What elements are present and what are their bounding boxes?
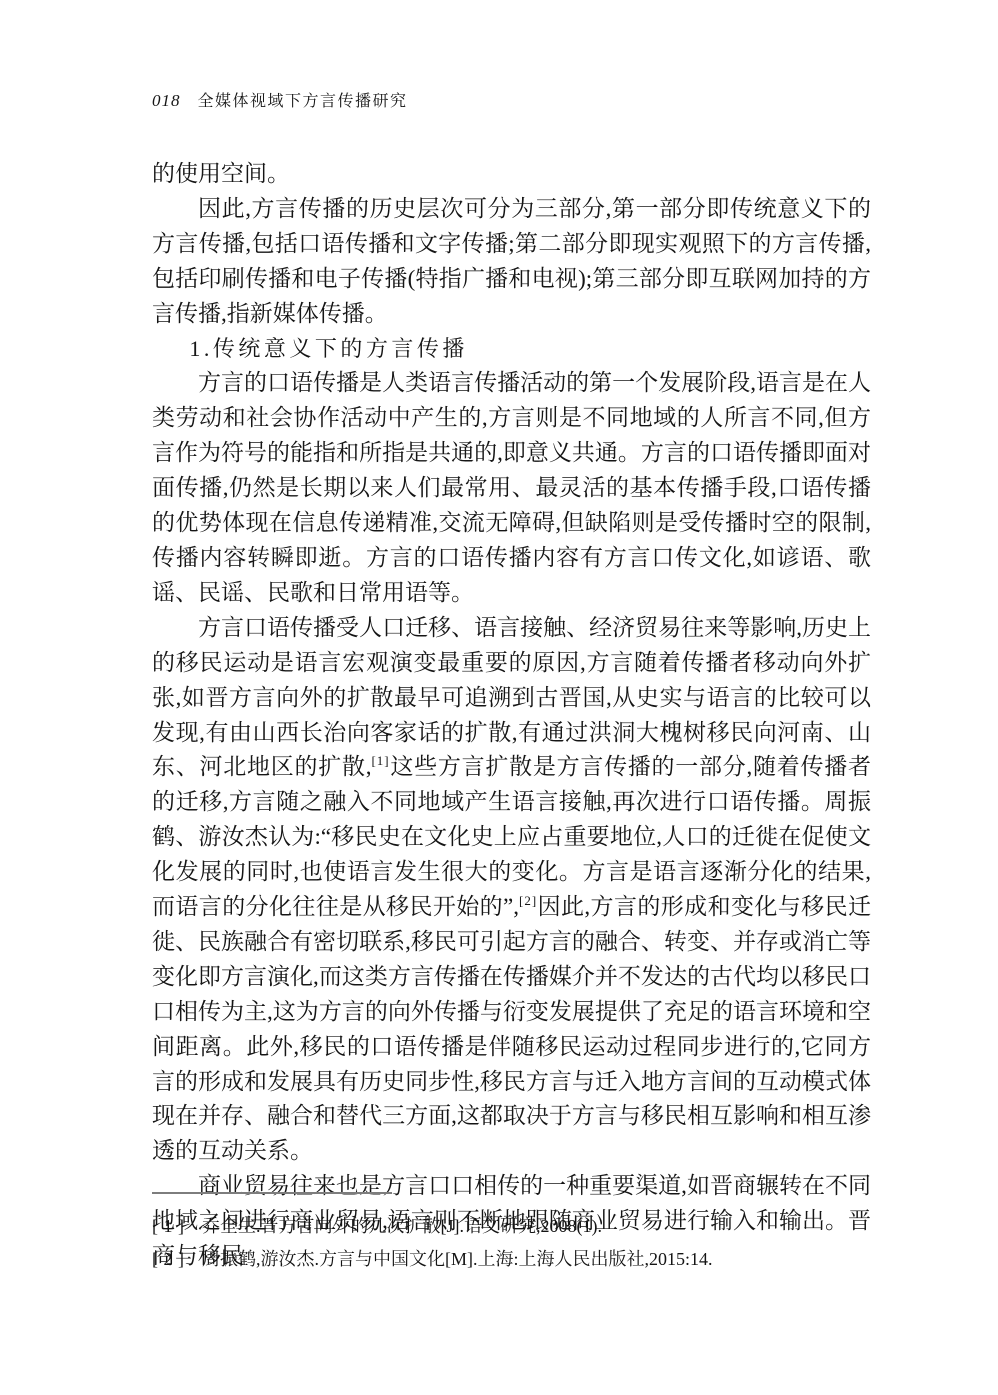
paragraph: 因此,方言传播的历史层次可分为三部分,第一部分即传统意义下的方言传播,包括口语传… [152,192,871,332]
footnote-reference: [2] [519,893,537,908]
body-text: 的使用空间。因此,方言传播的历史层次可分为三部分,第一部分即传统意义下的方言传播… [152,157,871,1274]
footnote-text: 乔全生.晋方言向外的几次扩散[J].语文研究,2008(1). [202,1210,872,1243]
footnote: [ 1 ]乔全生.晋方言向外的几次扩散[J].语文研究,2008(1). [152,1210,872,1243]
page-number: 018 [152,91,181,111]
footnote-separator [152,1192,392,1194]
paragraph: 的使用空间。 [152,157,871,192]
book-page: 018 全媒体视域下方言传播研究 的使用空间。因此,方言传播的历史层次可分为三部… [0,0,998,1395]
footnote-reference: [1] [371,753,389,768]
footnote: [ 2 ]周振鹤,游汝杰.方言与中国文化[M].上海:上海人民出版社,2015:… [152,1243,872,1276]
footnote-marker: [ 1 ] [152,1210,202,1243]
footnote-text: 周振鹤,游汝杰.方言与中国文化[M].上海:上海人民出版社,2015:14. [202,1243,872,1276]
book-title: 全媒体视域下方言传播研究 [198,88,408,111]
section-heading: 1.传统意义下的方言传播 [152,332,871,367]
paragraph: 方言口语传播受人口迁移、语言接触、经济贸易往来等影响,历史上的移民运动是语言宏观… [152,611,871,1170]
running-header: 018 全媒体视域下方言传播研究 [152,88,872,111]
paragraph: 方言的口语传播是人类语言传播活动的第一个发展阶段,语言是在人类劳动和社会协作活动… [152,366,871,610]
footnote-list: [ 1 ]乔全生.晋方言向外的几次扩散[J].语文研究,2008(1).[ 2 … [152,1210,872,1276]
footnotes-section: [ 1 ]乔全生.晋方言向外的几次扩散[J].语文研究,2008(1).[ 2 … [152,1192,872,1276]
footnote-marker: [ 2 ] [152,1243,202,1276]
